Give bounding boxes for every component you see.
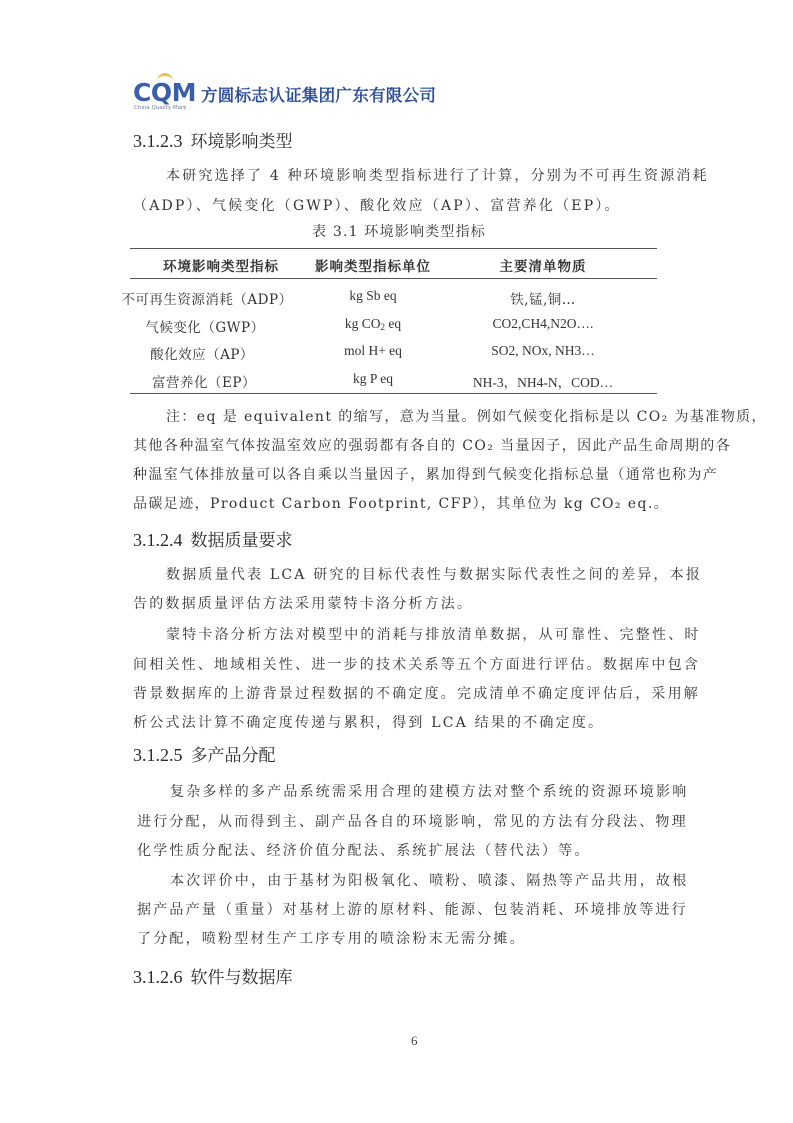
paragraph-text: 本次评价中，由于基材为阳极氧化、喷粉、喷漆、隔热等产品共用，故根: [170, 870, 688, 890]
table-cell-indicator: 酸化效应（AP）: [150, 343, 254, 363]
logo-subtitle: China Quality Mark: [134, 105, 186, 111]
table-header-indicator: 环境影响类型指标: [163, 255, 279, 275]
paragraph-text: 本研究选择了 4 种环境影响类型指标进行了计算，分别为不可再生资源消耗: [166, 165, 709, 185]
logo-mark: CQM: [133, 78, 196, 107]
table-caption: 表 3.1 环境影响类型指标: [312, 221, 486, 241]
table-cell-unit: kg CO2 eq: [345, 316, 401, 332]
paragraph-text: 化学性质分配法、经济价值分配法、系统扩展法（替代法）等。: [137, 840, 591, 860]
table-cell-indicator: 气候变化（GWP）: [145, 316, 264, 336]
table-note: 其他各种温室气体按温室效应的强弱都有各自的 CO₂ 当量因子，因此产品生命周期的…: [133, 435, 731, 455]
paragraph-text: 了分配，喷粉型材生产工序专用的喷涂粉末无需分摊。: [137, 928, 526, 948]
table-note: 品碳足迹，Product Carbon Footprint, CFP），其单位为…: [133, 493, 669, 513]
heading-3-1-2-5: 3.1.2.5多产品分配: [133, 741, 276, 766]
paragraph-text: 析公式法计算不确定度传递与累积，得到 LCA 结果的不确定度。: [133, 712, 604, 732]
table-header-substances: 主要清单物质: [500, 255, 587, 275]
paragraph-text: 数据质量代表 LCA 研究的目标代表性与数据实际代表性之间的差异，本报: [166, 564, 702, 584]
table-header-unit: 影响类型指标单位: [315, 255, 431, 275]
paragraph-text: 背景数据库的上游背景过程数据的不确定度。完成清单不确定度评估后，采用解: [133, 683, 700, 703]
company-name: 方圆标志认证集团广东有限公司: [201, 82, 436, 106]
heading-3-1-2-4: 3.1.2.4数据质量要求: [133, 526, 293, 551]
table-top-rule: [130, 248, 657, 249]
table-cell-substances: CO2,CH4,N2O….: [493, 316, 594, 332]
table-header-rule: [130, 278, 657, 279]
paragraph-text: 间相关性、地域相关性、进一步的技术关系等五个方面进行评估。数据库中包含: [133, 654, 700, 674]
table-cell-substances: NH-3，NH4-N，COD…: [473, 371, 613, 391]
table-note: 种温室气体排放量可以各自乘以当量因子，累加得到气候变化指标总量（通常也称为产: [133, 464, 718, 484]
table-cell-substances: SO2, NOx, NH3…: [491, 343, 595, 359]
paragraph-text: 蒙特卡洛分析方法对模型中的消耗与排放清单数据，从可靠性、完整性、时: [166, 624, 701, 644]
table-bottom-rule: [130, 393, 657, 394]
table-cell-substances: 铁,锰,铜…: [510, 288, 576, 308]
table-cell-unit: kg Sb eq: [349, 288, 396, 304]
table-cell-indicator: 富营养化（EP）: [152, 371, 256, 391]
paragraph-text: 据产品产量（重量）对基材上游的原材料、能源、包装消耗、环境排放等进行: [137, 899, 688, 919]
table-note: 注：eq 是 equivalent 的缩写，意为当量。例如气候变化指标是以 CO…: [166, 406, 767, 426]
paragraph-text: （ADP）、气候变化（GWP）、酸化效应（AP）、富营养化（EP）。: [133, 195, 621, 215]
page-number: 6: [411, 1033, 418, 1049]
heading-3-1-2-6: 3.1.2.6软件与数据库: [133, 963, 293, 988]
table-cell-unit: mol H+ eq: [344, 343, 402, 359]
paragraph-text: 告的数据质量评估方法采用蒙特卡洛分析方法。: [133, 593, 473, 613]
paragraph-text: 复杂多样的多产品系统需采用合理的建模方法对整个系统的资源环境影响: [170, 781, 688, 801]
table-cell-unit: kg P eq: [353, 371, 393, 387]
heading-3-1-2-3: 3.1.2.3环境影响类型: [133, 127, 293, 152]
paragraph-text: 进行分配，从而得到主、副产品各自的环境影响，常见的方法有分段法、物理: [137, 811, 688, 831]
table-cell-indicator: 不可再生资源消耗（ADP）: [121, 288, 292, 308]
